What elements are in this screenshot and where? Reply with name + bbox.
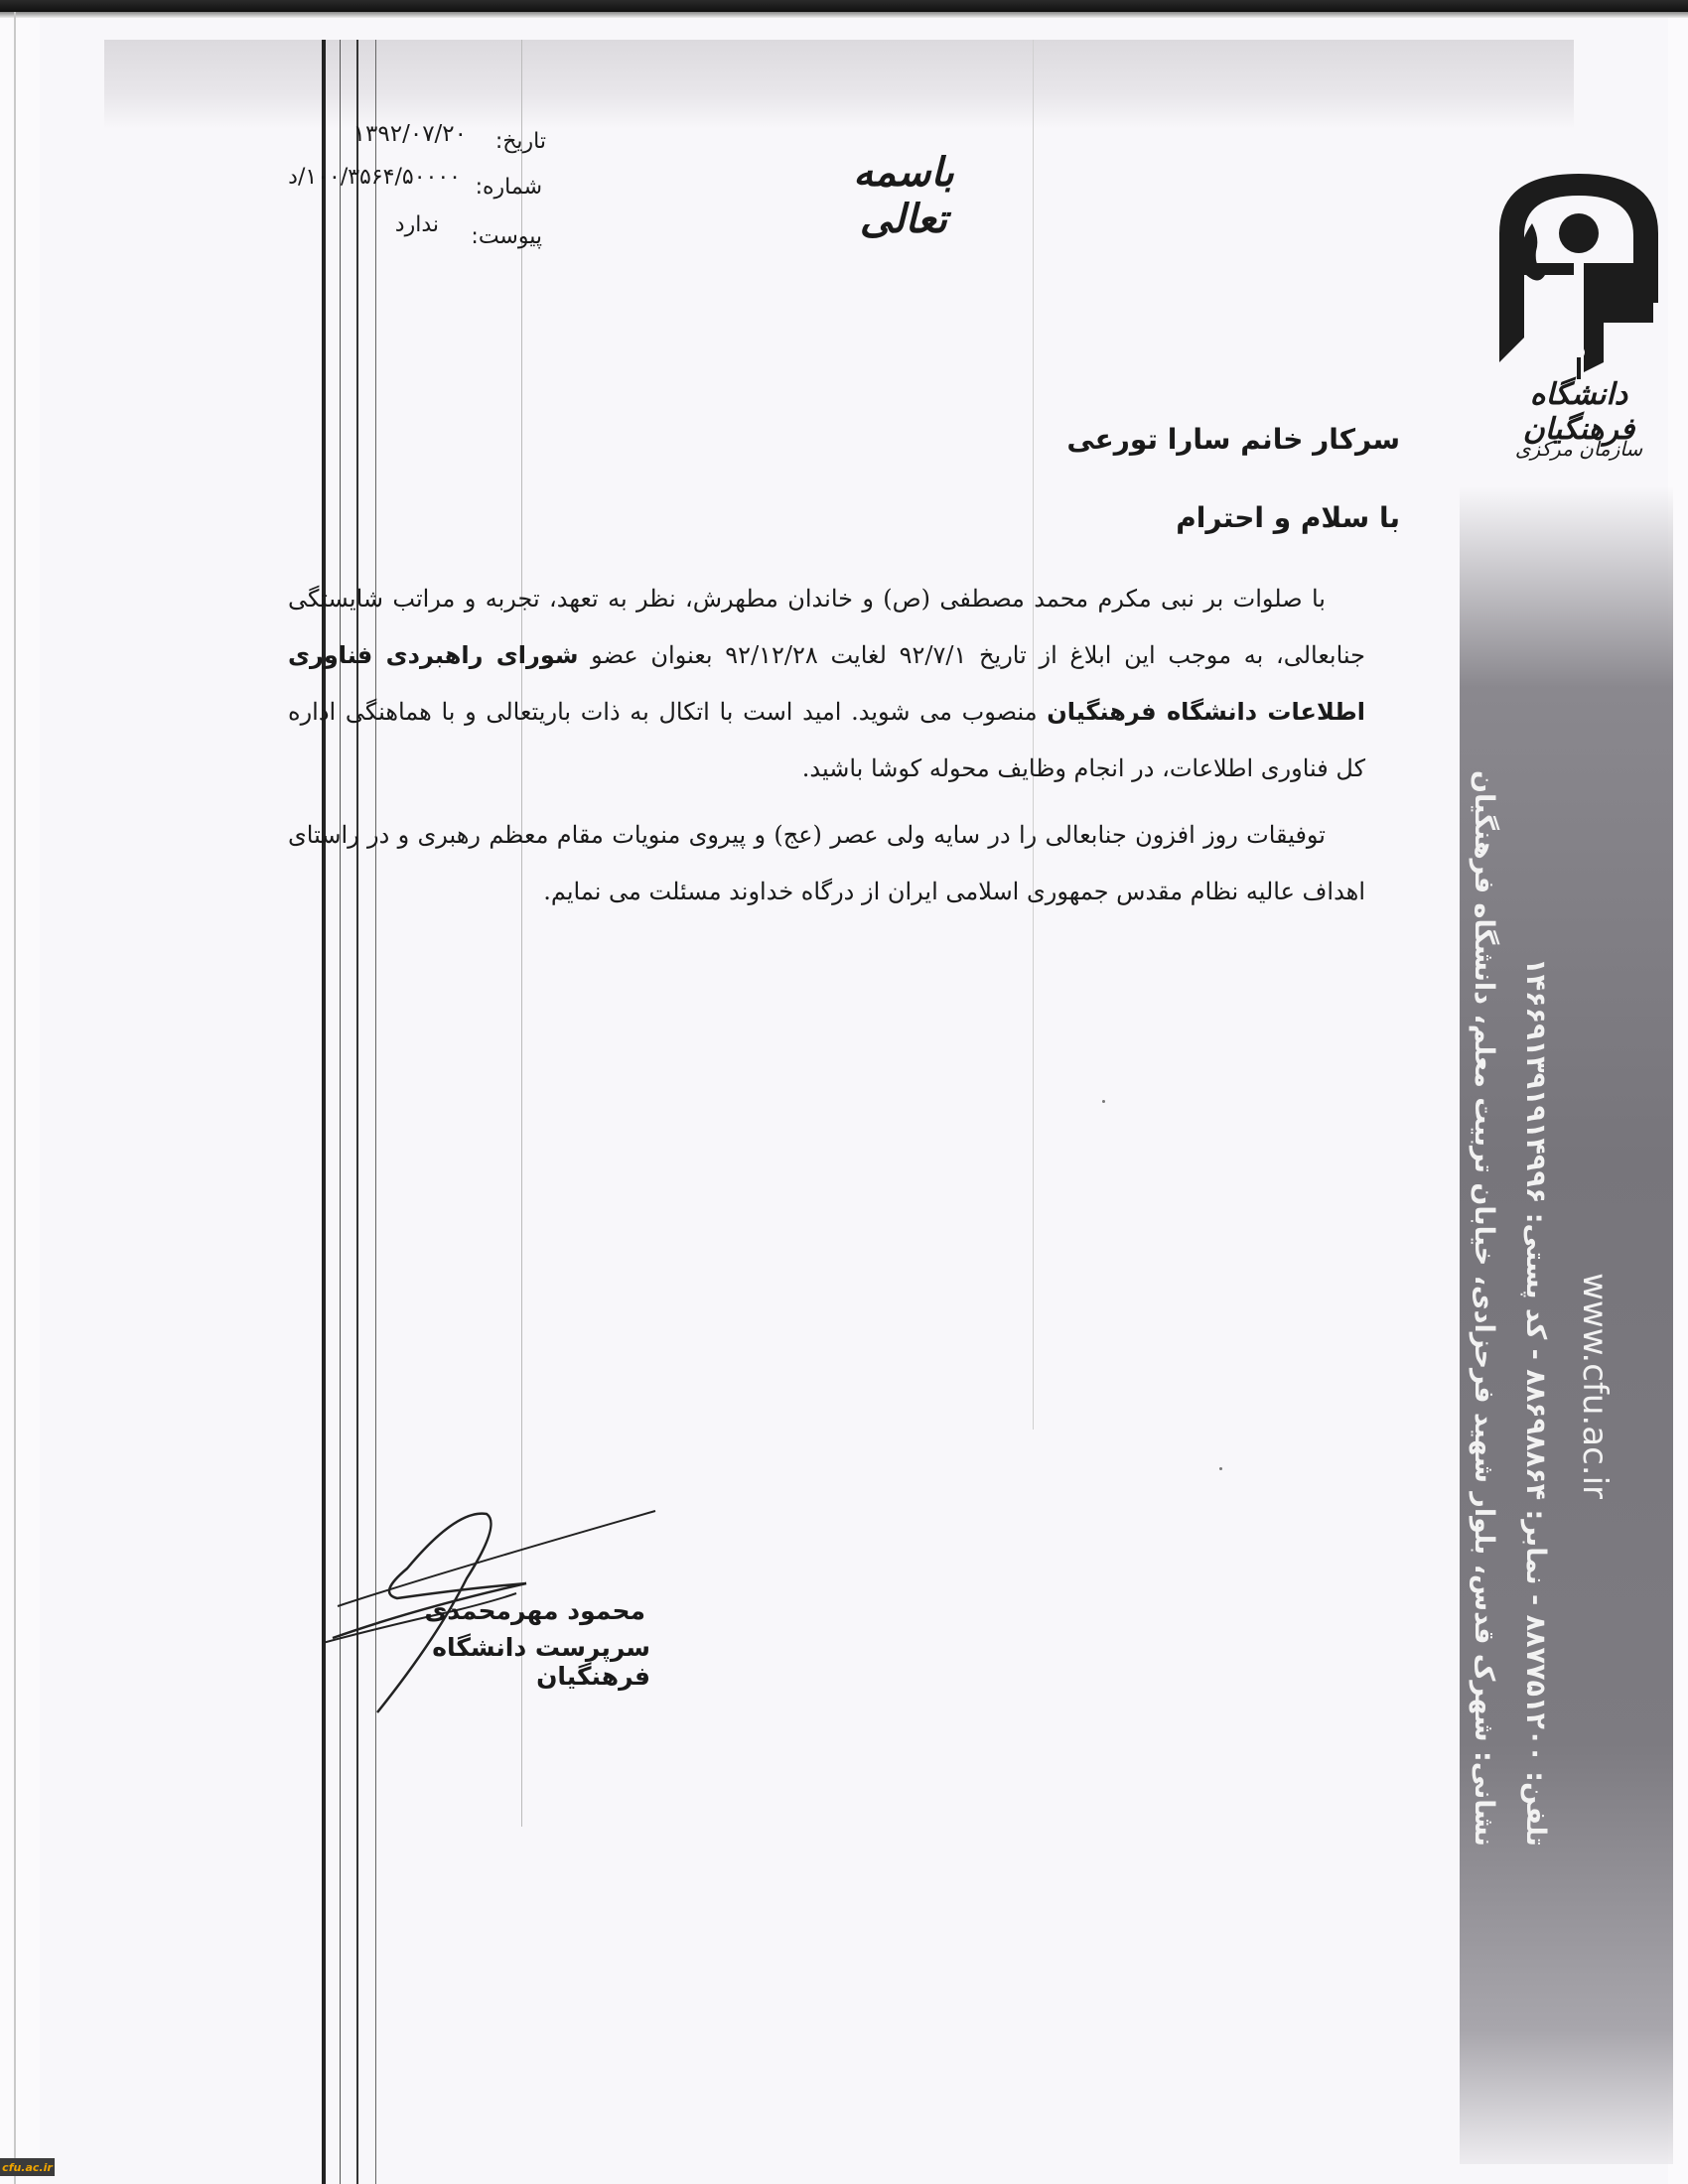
letter-page: [40, 18, 1668, 2184]
letter-body: با صلوات بر نبی مکرم محمد مصطفی (ص) و خا…: [288, 571, 1365, 930]
date-value: ۱۳۹۲/۰۷/۲۰: [353, 121, 467, 147]
attachment-label: پیوست:: [471, 224, 542, 249]
attachment-value: ندارد: [395, 212, 439, 237]
body-paragraph: توفیقات روز افزون جنابعالی را در سایه ول…: [288, 807, 1365, 920]
university-emblem-icon: [1484, 164, 1673, 382]
sidebar-address: نشانی: شهرک قدس، بلوار شهید فرحزادی، خیا…: [1469, 770, 1499, 1846]
recipient-line: سرکار خانم سارا تورعی: [1066, 423, 1400, 456]
sidebar-contact: نشانی: شهرک قدس، بلوار شهید فرحزادی، خیا…: [1470, 834, 1648, 1846]
sidebar-phone: تلفن: ۸۸۷۷۵۱۲۰۰ - نمابر: ۸۸۶۹۸۸۶۴ - کد پ…: [1520, 958, 1551, 1846]
sidebar-website: www.cfu.ac.ir: [1575, 1273, 1615, 1499]
number-value: ۱۰۰/۳۵۶۴/۵۰۰۰۰/د: [288, 165, 461, 190]
scan-left-edge: [14, 12, 16, 2184]
logo-subtitle: سازمان مرکزی: [1470, 437, 1688, 461]
date-label: تاریخ:: [495, 129, 546, 154]
scan-speck: [1102, 1100, 1105, 1103]
letter-attachment: پیوست: ندارد: [397, 224, 542, 258]
signer-name: محمود مهرمحمدی: [377, 1596, 645, 1625]
scan-artifact-line: [340, 40, 341, 2184]
scan-top-edge: [0, 0, 1688, 12]
scan-speck: [1219, 1467, 1222, 1470]
signer-title: سرپرست دانشگاه فرهنگیان: [352, 1633, 650, 1691]
scan-artifact-line: [322, 40, 326, 2184]
scan-artifact-line: [356, 40, 358, 2184]
body-paragraph: با صلوات بر نبی مکرم محمد مصطفی (ص) و خا…: [288, 571, 1365, 797]
bismillah-heading: باسمه تعالی: [814, 149, 993, 242]
watermark-badge: cfu.ac.ir: [0, 2158, 55, 2176]
letter-number: شماره: ۱۰۰/۳۵۶۴/۵۰۰۰۰/د: [238, 175, 542, 208]
letter-date: تاریخ: ۱۳۹۲/۰۷/۲۰: [328, 129, 546, 163]
number-label: شماره:: [476, 175, 542, 200]
greeting-line: با سلام و احترام: [1176, 501, 1400, 534]
scan-artifact-line: [375, 40, 376, 2184]
